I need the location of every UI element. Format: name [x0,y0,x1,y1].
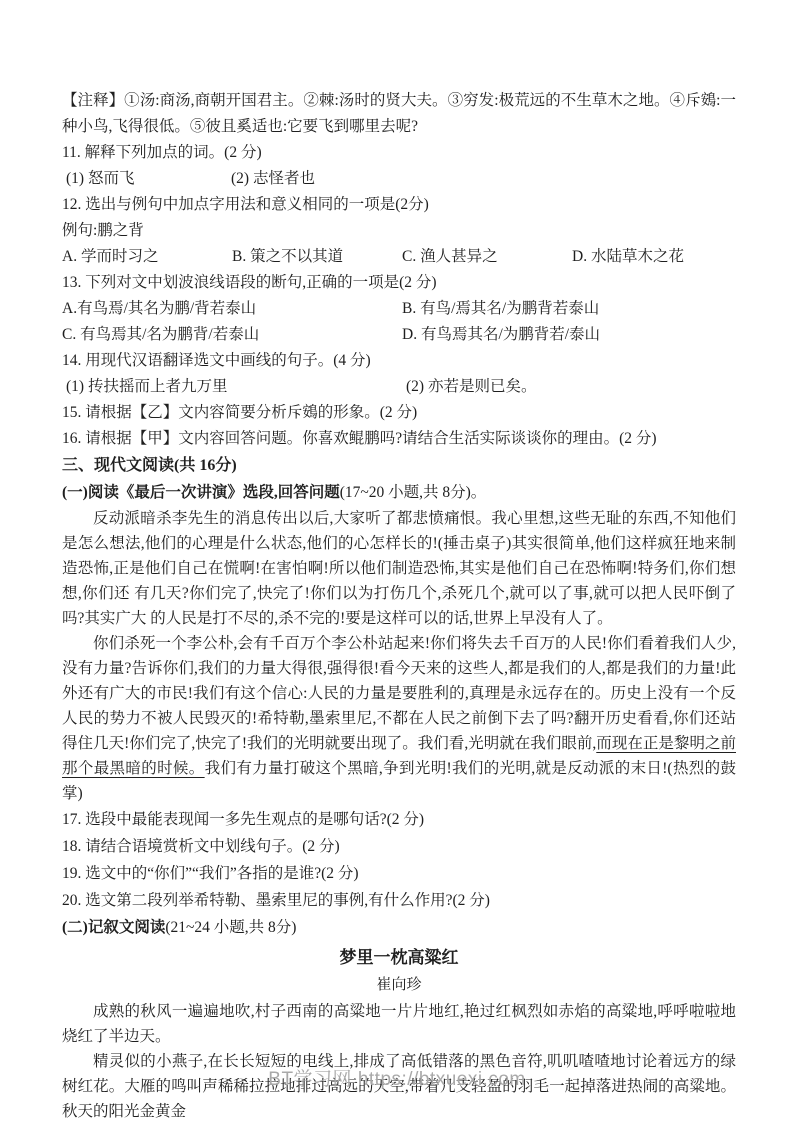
question-14-items: (1) 抟扶摇而上者九万里 (2) 亦若是则已矣。 [62,374,736,400]
section-3-heading: 三、现代文阅读(共 16分) [62,452,736,479]
question-12-option-b: B. 策之不以其道 [232,244,402,270]
question-13-option-c: C. 有鸟焉其/名为鹏背/若泰山 [62,322,402,348]
question-19-stem: 19. 选文中的“你们”“我们”各指的是谁?(2 分) [62,860,736,887]
question-16-stem: 16. 请根据【甲】文内容回答问题。你喜欢鲲鹏吗?请结合生活实际谈谈你的理由。(… [62,426,736,452]
question-15-stem: 15. 请根据【乙】文内容简要分析斥鴳的形象。(2 分) [62,400,736,426]
speech-paragraph-2: 你们杀死一个李公朴,会有千百万个李公朴站起来!你们将失去千百万的人民!你们看着我… [62,631,736,806]
question-13-option-d: D. 有鸟焉其名/为鹏背若/泰山 [402,322,736,348]
essay-title: 梦里一枕高粱红 [62,943,736,972]
question-18-stem: 18. 请结合语境赏析文中划线句子。(2 分) [62,833,736,860]
question-13-option-b: B. 有鸟/焉其名/为鹏背若泰山 [402,296,736,322]
question-12-option-d: D. 水陆草木之花 [572,244,736,270]
question-12-stem: 12. 选出与例句中加点字用法和意义相同的一项是(2分) [62,192,736,218]
question-17-stem: 17. 选段中最能表现闻一多先生观点的是哪句话?(2 分) [62,806,736,833]
question-13-options-row-2: C. 有鸟焉其/名为鹏背/若泰山 D. 有鸟焉其名/为鹏背若/泰山 [62,322,736,348]
question-12-option-a: A. 学而时习之 [62,244,232,270]
question-12-example: 例句:鹏之背 [62,218,736,244]
question-11-stem: 11. 解释下列加点的词。(2 分) [62,140,736,166]
question-13-options-row-1: A.有鸟焉/其名为鹏/背若泰山 B. 有鸟/焉其名/为鹏背若泰山 [62,296,736,322]
part-1-heading-bold: (一)阅读《最后一次讲演》选段,回答问题 [62,484,340,501]
question-14-stem: 14. 用现代汉语翻译选文中画线的句子。(4 分) [62,348,736,374]
question-14-item-2: (2) 亦若是则已矣。 [406,374,736,400]
exam-content: 【注释】①汤:商汤,商朝开国君主。②棘:汤时的贤大夫。③穷发:极荒远的不生草木之… [62,88,736,1122]
speech-paragraph-1: 反动派暗杀李先生的消息传出以后,大家听了都悲愤痛恨。我心里想,这些无耻的东西,不… [62,506,736,631]
essay-author: 崔向珍 [62,972,736,999]
part-2-heading-bold: (二)记叙文阅读 [62,919,165,936]
part-2-heading: (二)记叙文阅读(21~24 小题,共 8分) [62,914,736,941]
site-watermark: BT学习网 https://btxuexi.com [0,1064,794,1091]
question-12-options: A. 学而时习之 B. 策之不以其道 C. 渔人甚异之 D. 水陆草木之花 [62,244,736,270]
part-2-heading-rest: (21~24 小题,共 8分) [165,919,296,936]
question-11-items: (1) 怒而飞 (2) 志怪者也 [62,166,736,192]
question-11-item-1: (1) 怒而飞 [66,166,231,192]
question-14-item-1: (1) 抟扶摇而上者九万里 [66,374,406,400]
footnotes-line: 【注释】①汤:商汤,商朝开国君主。②棘:汤时的贤大夫。③穷发:极荒远的不生草木之… [62,88,736,140]
question-11-item-2: (2) 志怪者也 [231,166,736,192]
essay-paragraph-1: 成熟的秋风一遍遍地吹,村子西南的高粱地一片片地红,艳过红枫烈如赤焰的高粱地,呼呼… [62,999,736,1049]
part-1-heading-rest: (17~20 小题,共 8分)。 [340,484,487,501]
question-20-stem: 20. 选文第二段列举希特勒、墨索里尼的事例,有什么作用?(2 分) [62,887,736,914]
question-12-option-c: C. 渔人甚异之 [402,244,572,270]
exam-page: 【注释】①汤:商汤,商朝开国君主。②棘:汤时的贤大夫。③穷发:极荒远的不生草木之… [0,0,794,1122]
question-13-stem: 13. 下列对文中划波浪线语段的断句,正确的一项是(2 分) [62,270,736,296]
question-13-option-a: A.有鸟焉/其名为鹏/背若泰山 [62,296,402,322]
part-1-heading: (一)阅读《最后一次讲演》选段,回答问题(17~20 小题,共 8分)。 [62,479,736,506]
